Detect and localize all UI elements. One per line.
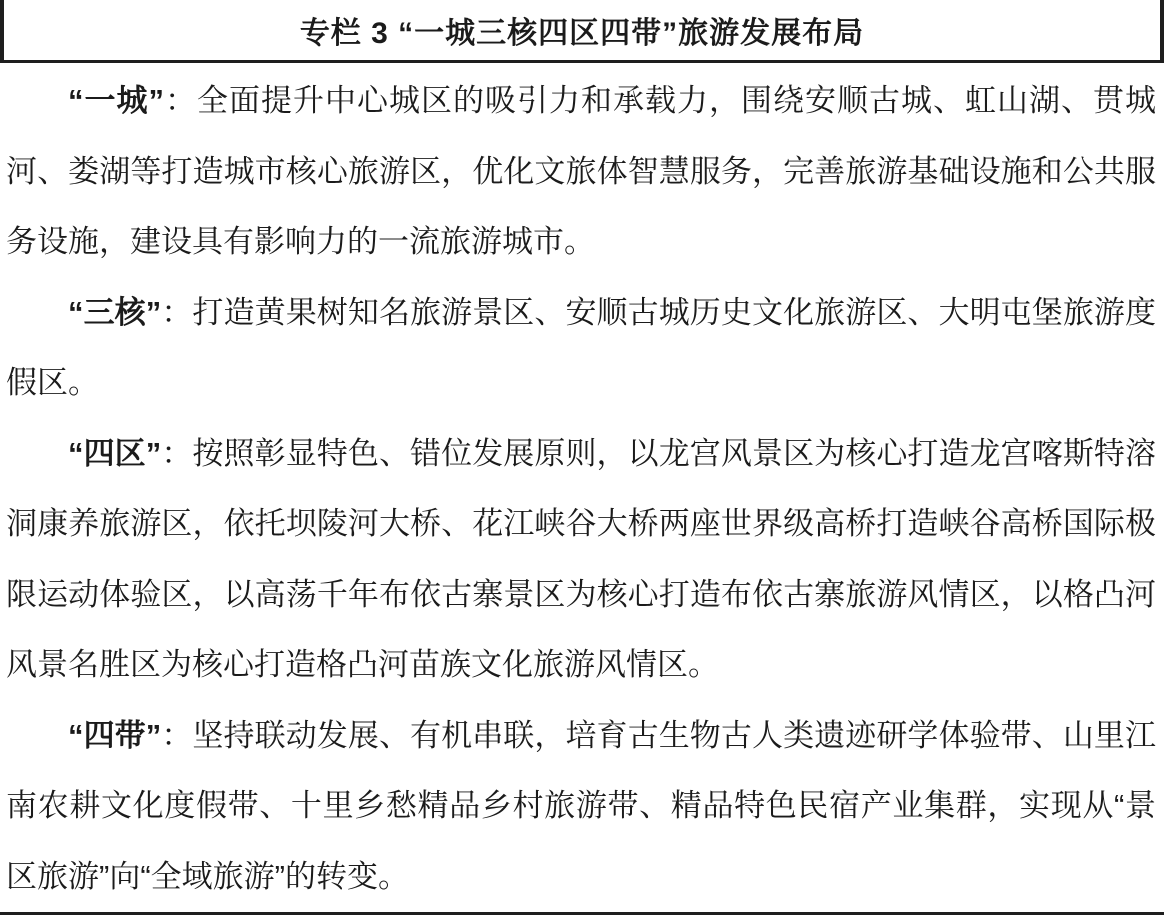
- paragraph-lead: “三核”: [68, 295, 161, 330]
- document-page: 专栏 3 “一城三核四区四带”旅游发展布局 “一城”：全面提升中心城区的吸引力和…: [0, 0, 1164, 915]
- column-title: 专栏 3 “一城三核四区四带”旅游发展布局: [300, 8, 864, 52]
- paragraph-text: ：打造黄果树知名旅游景区、安顺古城历史文化旅游区、大明屯堡旅游度假区。: [6, 295, 1156, 401]
- paragraph-four-zones: “四区”：按照彰显特色、错位发展原则，以龙宫风景区为核心打造龙宫喀斯特溶洞康养旅…: [6, 419, 1156, 701]
- paragraph-lead: “一城”: [68, 83, 164, 118]
- paragraph-one-city: “一城”：全面提升中心城区的吸引力和承载力，围绕安顺古城、虹山湖、贯城河、娄湖等…: [6, 66, 1156, 278]
- paragraph-text: ：按照彰显特色、错位发展原则，以龙宫风景区为核心打造龙宫喀斯特溶洞康养旅游区，依…: [6, 436, 1156, 683]
- paragraph-three-cores: “三核”：打造黄果树知名旅游景区、安顺古城历史文化旅游区、大明屯堡旅游度假区。: [6, 278, 1156, 419]
- paragraph-four-belts: “四带”：坚持联动发展、有机串联，培育古生物古人类遗迹研学体验带、山里江南农耕文…: [6, 701, 1156, 913]
- document-body: “一城”：全面提升中心城区的吸引力和承载力，围绕安顺古城、虹山湖、贯城河、娄湖等…: [0, 63, 1164, 912]
- paragraph-lead: “四区”: [68, 436, 161, 471]
- paragraph-text: ：坚持联动发展、有机串联，培育古生物古人类遗迹研学体验带、山里江南农耕文化度假带…: [6, 718, 1156, 894]
- column-title-row: 专栏 3 “一城三核四区四带”旅游发展布局: [0, 0, 1164, 63]
- paragraph-text: ：全面提升中心城区的吸引力和承载力，围绕安顺古城、虹山湖、贯城河、娄湖等打造城市…: [6, 83, 1156, 259]
- paragraph-lead: “四带”: [68, 718, 161, 753]
